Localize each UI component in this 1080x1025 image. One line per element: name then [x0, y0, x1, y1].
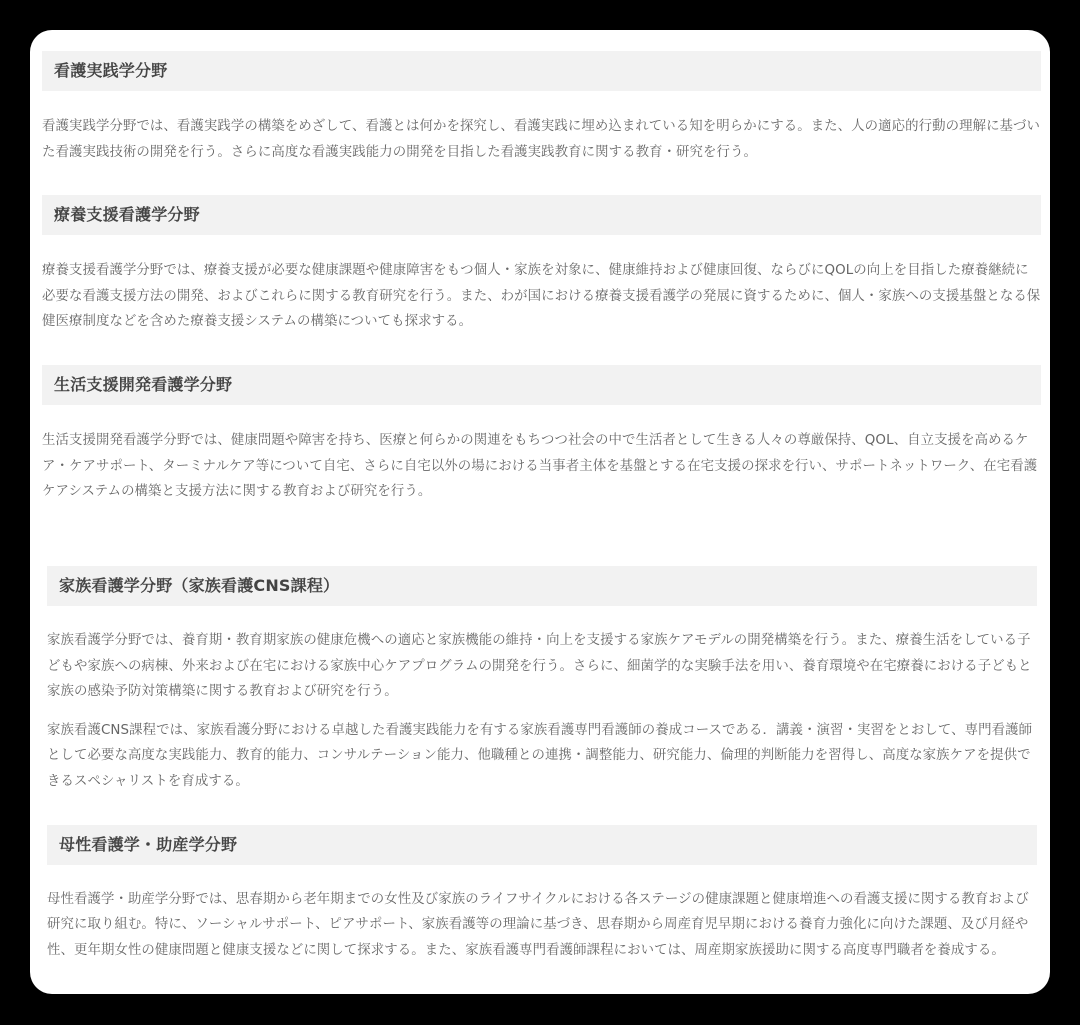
content-card: 看護実践学分野 看護実践学分野では、看護実践学の構築をめざして、看護とは何かを探…	[30, 30, 1050, 994]
section-description: 看護実践学分野では、看護実践学の構築をめざして、看護とは何かを探究し、看護実践に…	[42, 91, 1041, 195]
section-description: 母性看護学・助産学分野では、思春期から老年期までの女性及び家族のライフサイクルに…	[47, 865, 1037, 964]
section-maternal-midwifery: 母性看護学・助産学分野 母性看護学・助産学分野では、思春期から老年期までの女性及…	[47, 825, 1037, 964]
section-family-nursing: 家族看護学分野（家族看護CNS課程） 家族看護学分野では、養育期・教育期家族の健…	[47, 566, 1037, 795]
section-heading: 母性看護学・助産学分野	[47, 825, 1037, 865]
section-heading: 看護実践学分野	[42, 51, 1041, 91]
section-description: 家族看護学分野では、養育期・教育期家族の健康危機への適応と家族機能の維持・向上を…	[47, 606, 1037, 705]
section-life-support-development-nursing: 生活支援開発看護学分野 生活支援開発看護学分野では、健康問題や障害を持ち、医療と…	[42, 365, 1041, 535]
section-care-support-nursing: 療養支援看護学分野 療養支援看護学分野では、療養支援が必要な健康課題や健康障害を…	[42, 195, 1041, 365]
lower-section-group: 家族看護学分野（家族看護CNS課程） 家族看護学分野では、養育期・教育期家族の健…	[47, 566, 1037, 963]
section-heading: 家族看護学分野（家族看護CNS課程）	[47, 566, 1037, 606]
section-heading: 療養支援看護学分野	[42, 195, 1041, 235]
section-description: 療養支援看護学分野では、療養支援が必要な健康課題や健康障害をもつ個人・家族を対象…	[42, 235, 1041, 365]
section-description: 生活支援開発看護学分野では、健康問題や障害を持ち、医療と何らかの関連をもちつつ社…	[42, 405, 1041, 535]
upper-section-group: 看護実践学分野 看護実践学分野では、看護実践学の構築をめざして、看護とは何かを探…	[42, 51, 1041, 535]
section-nursing-practice: 看護実践学分野 看護実践学分野では、看護実践学の構築をめざして、看護とは何かを探…	[42, 51, 1041, 195]
section-heading: 生活支援開発看護学分野	[42, 365, 1041, 405]
section-description-cns: 家族看護CNS課程では、家族看護分野における卓越した看護実践能力を有する家族看護…	[47, 705, 1037, 795]
